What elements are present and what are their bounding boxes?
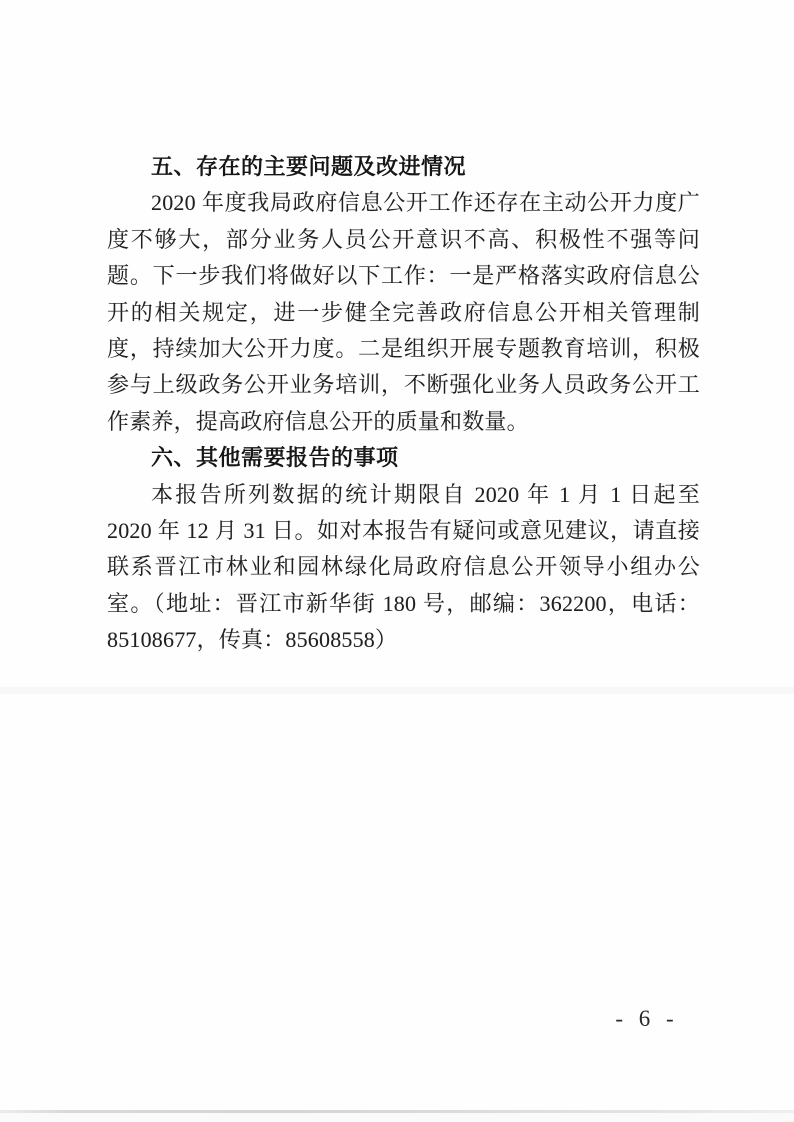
section-5-heading: 五、存在的主要问题及改进情况 [107, 149, 700, 185]
scan-edge-soft-shadow [0, 1113, 794, 1122]
section-6-heading: 六、其他需要报告的事项 [107, 440, 700, 476]
page-number: - 6 - [615, 1006, 678, 1032]
page-number-container: - 6 - [250, 1006, 794, 1032]
document-body: 五、存在的主要问题及改进情况 2020 年度我局政府信息公开工作还存在主动公开力… [107, 149, 700, 659]
section-6-paragraph: 本报告所列数据的统计期限自 2020 年 1 月 1 日起至 2020 年 12… [107, 477, 700, 659]
scanned-document-page: 五、存在的主要问题及改进情况 2020 年度我局政府信息公开工作还存在主动公开力… [0, 0, 794, 1122]
section-5-paragraph: 2020 年度我局政府信息公开工作还存在主动公开力度广度不够大，部分业务人员公开… [107, 185, 700, 440]
scan-artifact-band [0, 687, 794, 694]
